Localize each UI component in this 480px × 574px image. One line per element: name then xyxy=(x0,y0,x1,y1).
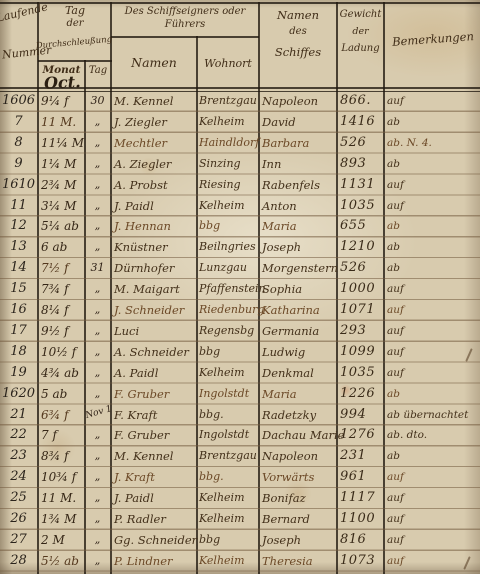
cell-day: 30 xyxy=(86,91,109,112)
cell-weight: 1117 xyxy=(340,488,382,509)
cell-ship: Joseph xyxy=(262,237,335,258)
cell-name: A. Probst xyxy=(114,175,195,196)
ledger-row: 227 f„F. GruberIngolstdtDachau Marie1276… xyxy=(0,425,480,446)
cell-time: 10¾ f xyxy=(41,467,84,488)
cell-day: „ xyxy=(86,216,109,237)
cell-residence: Lunzgau xyxy=(199,258,257,279)
cell-remark: auf xyxy=(387,342,478,363)
cell-remark: auf xyxy=(387,175,478,196)
cell-ship: Barbara xyxy=(262,133,335,154)
cell-ship: David xyxy=(262,112,335,133)
cell-residence: Ingolstdt xyxy=(199,384,257,405)
cell-name: Gg. Schneider xyxy=(114,530,195,551)
cell-residence: Kelheim xyxy=(199,509,257,530)
cell-no: 8 xyxy=(0,133,37,154)
cell-weight: 231 xyxy=(340,446,382,467)
cell-residence: bbg xyxy=(199,342,257,363)
cell-remark: ab übernachtet xyxy=(387,405,478,426)
cell-ship: Maria xyxy=(262,384,335,405)
cell-weight: 1276 xyxy=(340,425,382,446)
cell-time: 7 f xyxy=(41,425,84,446)
cell-time: 5 ab xyxy=(41,384,84,405)
col-weight-title-line2: der xyxy=(337,26,384,37)
cell-weight: 526 xyxy=(340,133,382,154)
ledger-row: 216¾ fNov 1F. Kraftbbg.Radetzky994ab übe… xyxy=(0,405,480,426)
col-ship-title-line3: Schiffes xyxy=(259,45,337,59)
cell-weight: 866. xyxy=(340,91,382,112)
cell-remark: ab. dto. xyxy=(387,425,478,446)
cell-weight: 1073 xyxy=(340,551,382,572)
cell-residence: bbg. xyxy=(199,467,257,488)
cell-day: „ xyxy=(86,154,109,175)
ledger-row: 261¾ M„P. RadlerKelheimBernard1100auf xyxy=(0,509,480,530)
cell-weight: 1131 xyxy=(340,175,382,196)
cell-day: „ xyxy=(86,551,109,572)
cell-no: 18 xyxy=(0,342,37,363)
cell-ship: Germania xyxy=(262,321,335,342)
cell-ship: Katharina xyxy=(262,300,335,321)
cell-time: 2 M xyxy=(41,530,84,551)
cell-remark: auf xyxy=(387,91,478,112)
cell-weight: 1099 xyxy=(340,342,382,363)
cell-name: J. Hennan xyxy=(114,216,195,237)
ledger-row: 16102¾ M„A. ProbstRiesingRabenfels1131au… xyxy=(0,175,480,196)
cell-name: M. Kennel xyxy=(114,446,195,467)
col-ship-title-line1: Namen xyxy=(259,8,337,22)
cell-weight: 893 xyxy=(340,154,382,175)
cell-weight: 1416 xyxy=(340,112,382,133)
cell-name: J. Ziegler xyxy=(114,112,195,133)
cell-ship: Anton xyxy=(262,196,335,217)
cell-residence: Kelheim xyxy=(199,551,257,572)
cell-remark: auf xyxy=(387,488,478,509)
cell-no: 11 xyxy=(0,196,37,217)
col-date-title-line1: Tag xyxy=(39,4,111,17)
ledger-row: 91¼ M„A. ZieglerSinzingInn893ab xyxy=(0,154,480,175)
cell-time: 7½ f xyxy=(41,258,84,279)
cell-no: 24 xyxy=(0,467,37,488)
ledger-row: 16205 ab„F. GruberIngolstdtMaria1226ab xyxy=(0,384,480,405)
ledger-row: 1810½ f„A. SchneiderbbgLudwig1099auf xyxy=(0,342,480,363)
cell-ship: Inn xyxy=(262,154,335,175)
cell-residence: bbg xyxy=(199,216,257,237)
cell-name: J. Paidl xyxy=(114,196,195,217)
cell-no: 28 xyxy=(0,551,37,572)
cell-ship: Napoleon xyxy=(262,91,335,112)
cell-weight: 526 xyxy=(340,258,382,279)
cell-remark: ab xyxy=(387,112,478,133)
cell-weight: 1100 xyxy=(340,509,382,530)
cell-name: F. Gruber xyxy=(114,384,195,405)
ledger-row: 811¼ M„MechtlerHaindldorfBarbara526ab. N… xyxy=(0,133,480,154)
cell-weight: 655 xyxy=(340,216,382,237)
cell-time: 3¼ M xyxy=(41,196,84,217)
cell-no: 17 xyxy=(0,321,37,342)
cell-day: „ xyxy=(86,133,109,154)
ledger-row: 711 M.„J. ZieglerKelheimDavid1416ab xyxy=(0,112,480,133)
cell-day: „ xyxy=(86,342,109,363)
cell-residence: Riedenburg xyxy=(199,300,257,321)
cell-remark: ab xyxy=(387,237,478,258)
cell-residence: Riesing xyxy=(199,175,257,196)
cell-name: M. Maigart xyxy=(114,279,195,300)
cell-time: 8¼ f xyxy=(41,300,84,321)
cell-ship: Sophia xyxy=(262,279,335,300)
cell-weight: 1226 xyxy=(340,384,382,405)
cell-no: 22 xyxy=(0,425,37,446)
ledger-row: 2511 M.„J. PaidlKelheimBonifaz1117auf xyxy=(0,488,480,509)
ledger-page-scan: Laufende Nummer Tag der Durchschleußung … xyxy=(0,0,480,574)
cell-remark: auf xyxy=(387,530,478,551)
cell-name: F. Gruber xyxy=(114,425,195,446)
cell-time: 9½ f xyxy=(41,321,84,342)
cell-weight: 1000 xyxy=(340,279,382,300)
cell-remark: auf xyxy=(387,363,478,384)
cell-time: 5¼ ab xyxy=(41,216,84,237)
cell-weight: 1035 xyxy=(340,363,382,384)
ledger-row: 157¾ f„M. MaigartPfaffensteinSophia1000a… xyxy=(0,279,480,300)
cell-day: „ xyxy=(86,237,109,258)
col-ship-title-line2: des xyxy=(259,26,337,37)
cell-name: Mechtler xyxy=(114,133,195,154)
cell-time: 7¾ f xyxy=(41,279,84,300)
cell-name: P. Lindner xyxy=(114,551,195,572)
cell-ship: Radetzky xyxy=(262,405,335,426)
cell-weight: 1210 xyxy=(340,237,382,258)
cell-name: F. Kraft xyxy=(114,405,195,426)
cell-ship: Maria xyxy=(262,216,335,237)
cell-residence: Ingolstdt xyxy=(199,425,257,446)
cell-weight: 1071 xyxy=(340,300,382,321)
ledger-row: 147½ f31DürnhoferLunzgauMorgenstern526ab xyxy=(0,258,480,279)
cell-time: 1¾ M xyxy=(41,509,84,530)
cell-remark: ab xyxy=(387,216,478,237)
cell-name: A. Paidl xyxy=(114,363,195,384)
cell-day: „ xyxy=(86,175,109,196)
cell-weight: 816 xyxy=(340,530,382,551)
cell-day: „ xyxy=(86,446,109,467)
cell-ship: Rabenfels xyxy=(262,175,335,196)
col-weight-title-line1: Gewicht xyxy=(337,9,384,20)
cell-weight: 1035 xyxy=(340,196,382,217)
col-date-title-line3: Durchschleußung xyxy=(34,35,115,52)
month-entry: Oct. xyxy=(44,72,81,92)
cell-time: 2¾ M xyxy=(41,175,84,196)
cell-weight: 994 xyxy=(340,405,382,426)
ledger-row: 2410¾ f„J. Kraftbbg.Vorwärts961auf xyxy=(0,467,480,488)
cell-time: 5½ ab xyxy=(41,551,84,572)
ledger-row: 113¼ M„J. PaidlKelheimAnton1035auf xyxy=(0,196,480,217)
col-weight-title-line3: Ladung xyxy=(337,43,384,54)
cell-residence: Kelheim xyxy=(199,363,257,384)
cell-name: Dürnhofer xyxy=(114,258,195,279)
cell-day: „ xyxy=(86,363,109,384)
cell-residence: Sinzing xyxy=(199,154,257,175)
cell-residence: bbg. xyxy=(199,405,257,426)
ledger-row: 194¾ ab„A. PaidlKelheimDenkmal1035auf xyxy=(0,363,480,384)
cell-day: „ xyxy=(86,300,109,321)
cell-no: 26 xyxy=(0,509,37,530)
cell-ship: Denkmal xyxy=(262,363,335,384)
cell-name: P. Radler xyxy=(114,509,195,530)
cell-no: 1610 xyxy=(0,175,37,196)
cell-day: „ xyxy=(86,321,109,342)
cell-day: „ xyxy=(86,279,109,300)
cell-weight: 293 xyxy=(340,321,382,342)
cell-time: 8¾ f xyxy=(41,446,84,467)
date-subheader-rule xyxy=(38,60,112,62)
cell-residence: bbg xyxy=(199,530,257,551)
cell-day: „ xyxy=(86,196,109,217)
subcol-name-title: Namen xyxy=(111,55,197,70)
cell-no: 15 xyxy=(0,279,37,300)
cell-time: 10½ f xyxy=(41,342,84,363)
cell-remark: auf xyxy=(387,279,478,300)
cell-name: A. Ziegler xyxy=(114,154,195,175)
cell-no: 1620 xyxy=(0,384,37,405)
cell-day: Nov 1 xyxy=(84,402,112,428)
ledger-row: 285½ ab„P. LindnerKelheimTheresia1073auf xyxy=(0,551,480,572)
cell-day: „ xyxy=(86,509,109,530)
cell-remark: ab. N. 4. xyxy=(387,133,478,154)
ledger-row: 238¾ f„M. KennelBrentzgauNapoleon231ab xyxy=(0,446,480,467)
ledger-row: 125¼ ab„J. HennanbbgMaria655ab xyxy=(0,216,480,237)
cell-no: 16 xyxy=(0,300,37,321)
cell-remark: ab xyxy=(387,154,478,175)
cell-no: 12 xyxy=(0,216,37,237)
cell-residence: Pfaffenstein xyxy=(199,279,257,300)
cell-time: 4¾ ab xyxy=(41,363,84,384)
cell-ship: Dachau Marie xyxy=(262,425,335,446)
cell-time: 6¾ f xyxy=(41,405,84,426)
cell-no: 9 xyxy=(0,154,37,175)
cell-name: J. Kraft xyxy=(114,467,195,488)
cell-no: 23 xyxy=(0,446,37,467)
cell-day: „ xyxy=(86,467,109,488)
cell-remark: auf xyxy=(387,300,478,321)
cell-remark: auf xyxy=(387,321,478,342)
cell-ship: Morgenstern xyxy=(262,258,335,279)
ledger-row: 136 ab„KnüstnerBeilngriesJoseph1210ab xyxy=(0,237,480,258)
cell-no: 19 xyxy=(0,363,37,384)
cell-day: „ xyxy=(86,112,109,133)
cell-residence: Brentzgau xyxy=(199,91,257,112)
cell-no: 1606 xyxy=(0,91,37,112)
cell-no: 13 xyxy=(0,237,37,258)
cell-remark: ab xyxy=(387,258,478,279)
col-skipper-title-line2: Führers xyxy=(111,19,259,30)
cell-remark: ab xyxy=(387,446,478,467)
cell-ship: Bonifaz xyxy=(262,488,335,509)
subcol-residence-title: Wohnort xyxy=(197,57,259,70)
cell-day: „ xyxy=(86,530,109,551)
cell-remark: auf xyxy=(387,467,478,488)
cell-time: 9¼ f xyxy=(41,91,84,112)
cell-no: 14 xyxy=(0,258,37,279)
ledger-row: 168¼ f„J. SchneiderRiedenburgKatharina10… xyxy=(0,300,480,321)
cell-no: 21 xyxy=(0,405,37,426)
col-date-title-line2: der xyxy=(39,18,111,29)
cell-time: 11 M. xyxy=(41,488,84,509)
cell-day: 31 xyxy=(86,258,109,279)
cell-name: A. Schneider xyxy=(114,342,195,363)
cell-ship: Vorwärts xyxy=(262,467,335,488)
cell-name: J. Paidl xyxy=(114,488,195,509)
cell-ship: Napoleon xyxy=(262,446,335,467)
cell-name: M. Kennel xyxy=(114,91,195,112)
cell-name: J. Schneider xyxy=(114,300,195,321)
cell-remark: auf xyxy=(387,196,478,217)
cell-remark: auf xyxy=(387,509,478,530)
cell-ship: Joseph xyxy=(262,530,335,551)
cell-day: „ xyxy=(86,488,109,509)
cell-ship: Bernard xyxy=(262,509,335,530)
cell-no: 25 xyxy=(0,488,37,509)
cell-name: Luci xyxy=(114,321,195,342)
cell-ship: Ludwig xyxy=(262,342,335,363)
cell-day: „ xyxy=(86,425,109,446)
cell-weight: 961 xyxy=(340,467,382,488)
cell-residence: Kelheim xyxy=(199,196,257,217)
cell-time: 1¼ M xyxy=(41,154,84,175)
ledger-row: 179½ f„LuciRegensbgGermania293auf xyxy=(0,321,480,342)
subcol-day-title: Tag xyxy=(85,65,111,76)
cell-time: 11¼ M xyxy=(41,133,84,154)
cell-residence: Brentzgau xyxy=(199,446,257,467)
cell-time: 6 ab xyxy=(41,237,84,258)
cell-residence: Beilngries xyxy=(199,237,257,258)
col-remarks-title: Bemerkungen xyxy=(388,29,479,49)
cell-no: 27 xyxy=(0,530,37,551)
cell-ship: Theresia xyxy=(262,551,335,572)
cell-remark: ab xyxy=(387,384,478,405)
cell-no: 7 xyxy=(0,112,37,133)
ledger-row: 16069¼ f30M. KennelBrentzgauNapoleon866.… xyxy=(0,91,480,112)
skipper-subheader-rule xyxy=(111,36,259,38)
cell-residence: Regensbg xyxy=(199,321,257,342)
cell-residence: Kelheim xyxy=(199,112,257,133)
cell-time: 11 M. xyxy=(41,112,84,133)
cell-name: Knüstner xyxy=(114,237,195,258)
col-skipper-title-line1: Des Schiffseigners oder xyxy=(111,6,259,17)
cell-residence: Kelheim xyxy=(199,488,257,509)
ledger-row: 272 M„Gg. SchneiderbbgJoseph816auf xyxy=(0,530,480,551)
cell-residence: Haindldorf xyxy=(199,133,257,154)
